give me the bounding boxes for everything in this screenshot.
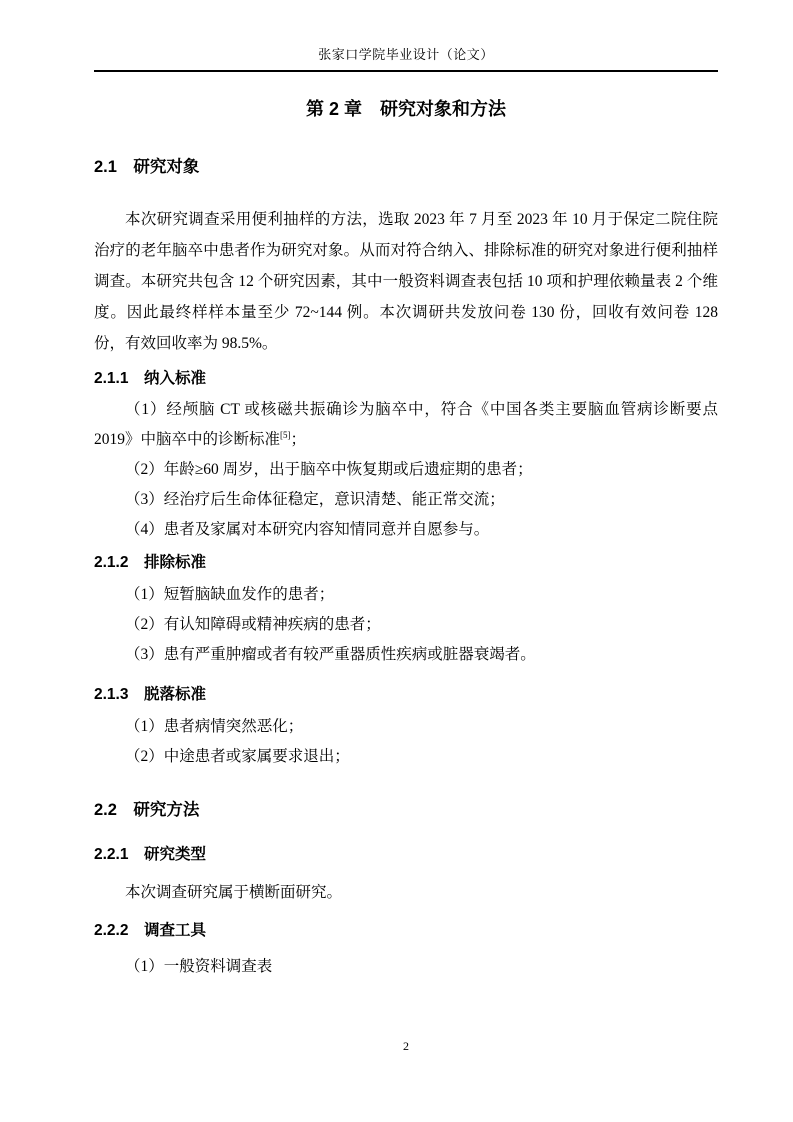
running-header: 张家口学院毕业设计（论文） <box>94 0 718 64</box>
exclusion-criteria-item-3: （3）患有严重肿瘤或者有较严重器质性疾病或脏器衰竭者。 <box>94 640 718 670</box>
inclusion-criteria-item-2: （2）年龄≥60 周岁，出于脑卒中恢复期或后遗症期的患者； <box>94 455 718 485</box>
section-heading-2-1: 2.1 研究对象 <box>94 155 718 179</box>
survey-tool-item-1: （1）一般资料调查表 <box>94 952 718 982</box>
dropout-criteria-item-2: （2）中途患者或家属要求退出； <box>94 742 718 772</box>
chapter-title: 第 2 章 研究对象和方法 <box>94 96 718 122</box>
page-content: 张家口学院毕业设计（论文） 第 2 章 研究对象和方法 2.1 研究对象 本次研… <box>94 0 718 982</box>
exclusion-criteria-item-1: （1）短暂脑缺血发作的患者； <box>94 580 718 610</box>
dropout-criteria-item-1: （1）患者病情突然恶化； <box>94 712 718 742</box>
inclusion-criteria-item-3: （3）经治疗后生命体征稳定，意识清楚、能正常交流； <box>94 485 718 515</box>
section-2-2-1-paragraph: 本次调查研究属于横断面研究。 <box>94 878 718 908</box>
citation-superscript: [5] <box>280 430 291 440</box>
header-rule <box>94 70 718 72</box>
exclusion-criteria-item-2: （2）有认知障碍或精神疾病的患者； <box>94 610 718 640</box>
inclusion-criteria-item-1: （1）经颅脑 CT 或核磁共振确诊为脑卒中，符合《中国各类主要脑血管病诊断要点 … <box>94 395 718 455</box>
section-heading-2-1-2: 2.1.2 排除标准 <box>94 552 718 574</box>
document-page: 张家口学院毕业设计（论文） 第 2 章 研究对象和方法 2.1 研究对象 本次研… <box>0 0 793 1122</box>
inclusion-criteria-item-1-tail: ； <box>291 431 307 448</box>
page-number: 2 <box>94 1038 718 1054</box>
section-heading-2-1-1: 2.1.1 纳入标准 <box>94 368 718 390</box>
section-heading-2-1-3: 2.1.3 脱落标准 <box>94 684 718 706</box>
section-heading-2-2: 2.2 研究方法 <box>94 798 718 822</box>
section-heading-2-2-1: 2.2.1 研究类型 <box>94 844 718 866</box>
inclusion-criteria-item-1-text: （1）经颅脑 CT 或核磁共振确诊为脑卒中，符合《中国各类主要脑血管病诊断要点 … <box>94 401 718 448</box>
section-heading-2-2-2: 2.2.2 调查工具 <box>94 920 718 942</box>
running-header-title: 张家口学院毕业设计（论文） <box>318 47 494 62</box>
section-2-1-paragraph: 本次研究调查采用便利抽样的方法，选取 2023 年 7 月至 2023 年 10… <box>94 204 718 359</box>
inclusion-criteria-item-4: （4）患者及家属对本研究内容知情同意并自愿参与。 <box>94 515 718 545</box>
